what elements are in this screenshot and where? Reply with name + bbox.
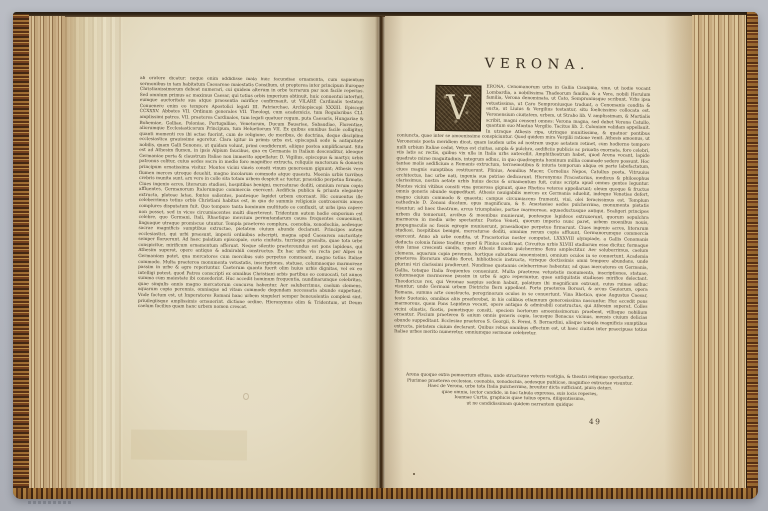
page-title: VERONA. [398, 54, 651, 74]
text-show-through [131, 429, 247, 460]
left-page-curl [65, 17, 123, 489]
right-page-text-block: VERONA, Cenomanorum urbs in Gallia Cisal… [394, 83, 651, 375]
tiny-caption-smudge [28, 501, 72, 504]
gilt-cover-edge-left [13, 14, 29, 495]
photo-background: ab oratore dicatur: neque enim addidisse… [0, 0, 768, 511]
left-page-text-block: ab oratore dicatur: neque enim addidisse… [138, 76, 364, 336]
right-page-content: VERONA. VERONA, Cenomanorum urbs in Gall… [392, 12, 652, 494]
open-book: ab oratore dicatur: neque enim addidisse… [13, 12, 758, 499]
fore-edge-pages-right [692, 15, 747, 491]
right-page-body: ERONA, Cenomanorum urbs in Gallia Cisalp… [394, 85, 650, 337]
colophon-taper: Arena quoque extra pomoerium effusa, und… [393, 372, 646, 409]
printer-ornament-mark [243, 393, 249, 400]
gilt-cover-edge-right [746, 12, 758, 499]
colophon-line: ut ne candidissimam quidem narrantem qui… [466, 401, 572, 408]
gilt-cover-edge-bottom [13, 488, 758, 499]
woodcut-initial-v: V [435, 85, 482, 132]
page-edges-left [29, 16, 65, 492]
drop-cap-letter: V [446, 91, 471, 125]
page-number: 49 [589, 417, 602, 426]
